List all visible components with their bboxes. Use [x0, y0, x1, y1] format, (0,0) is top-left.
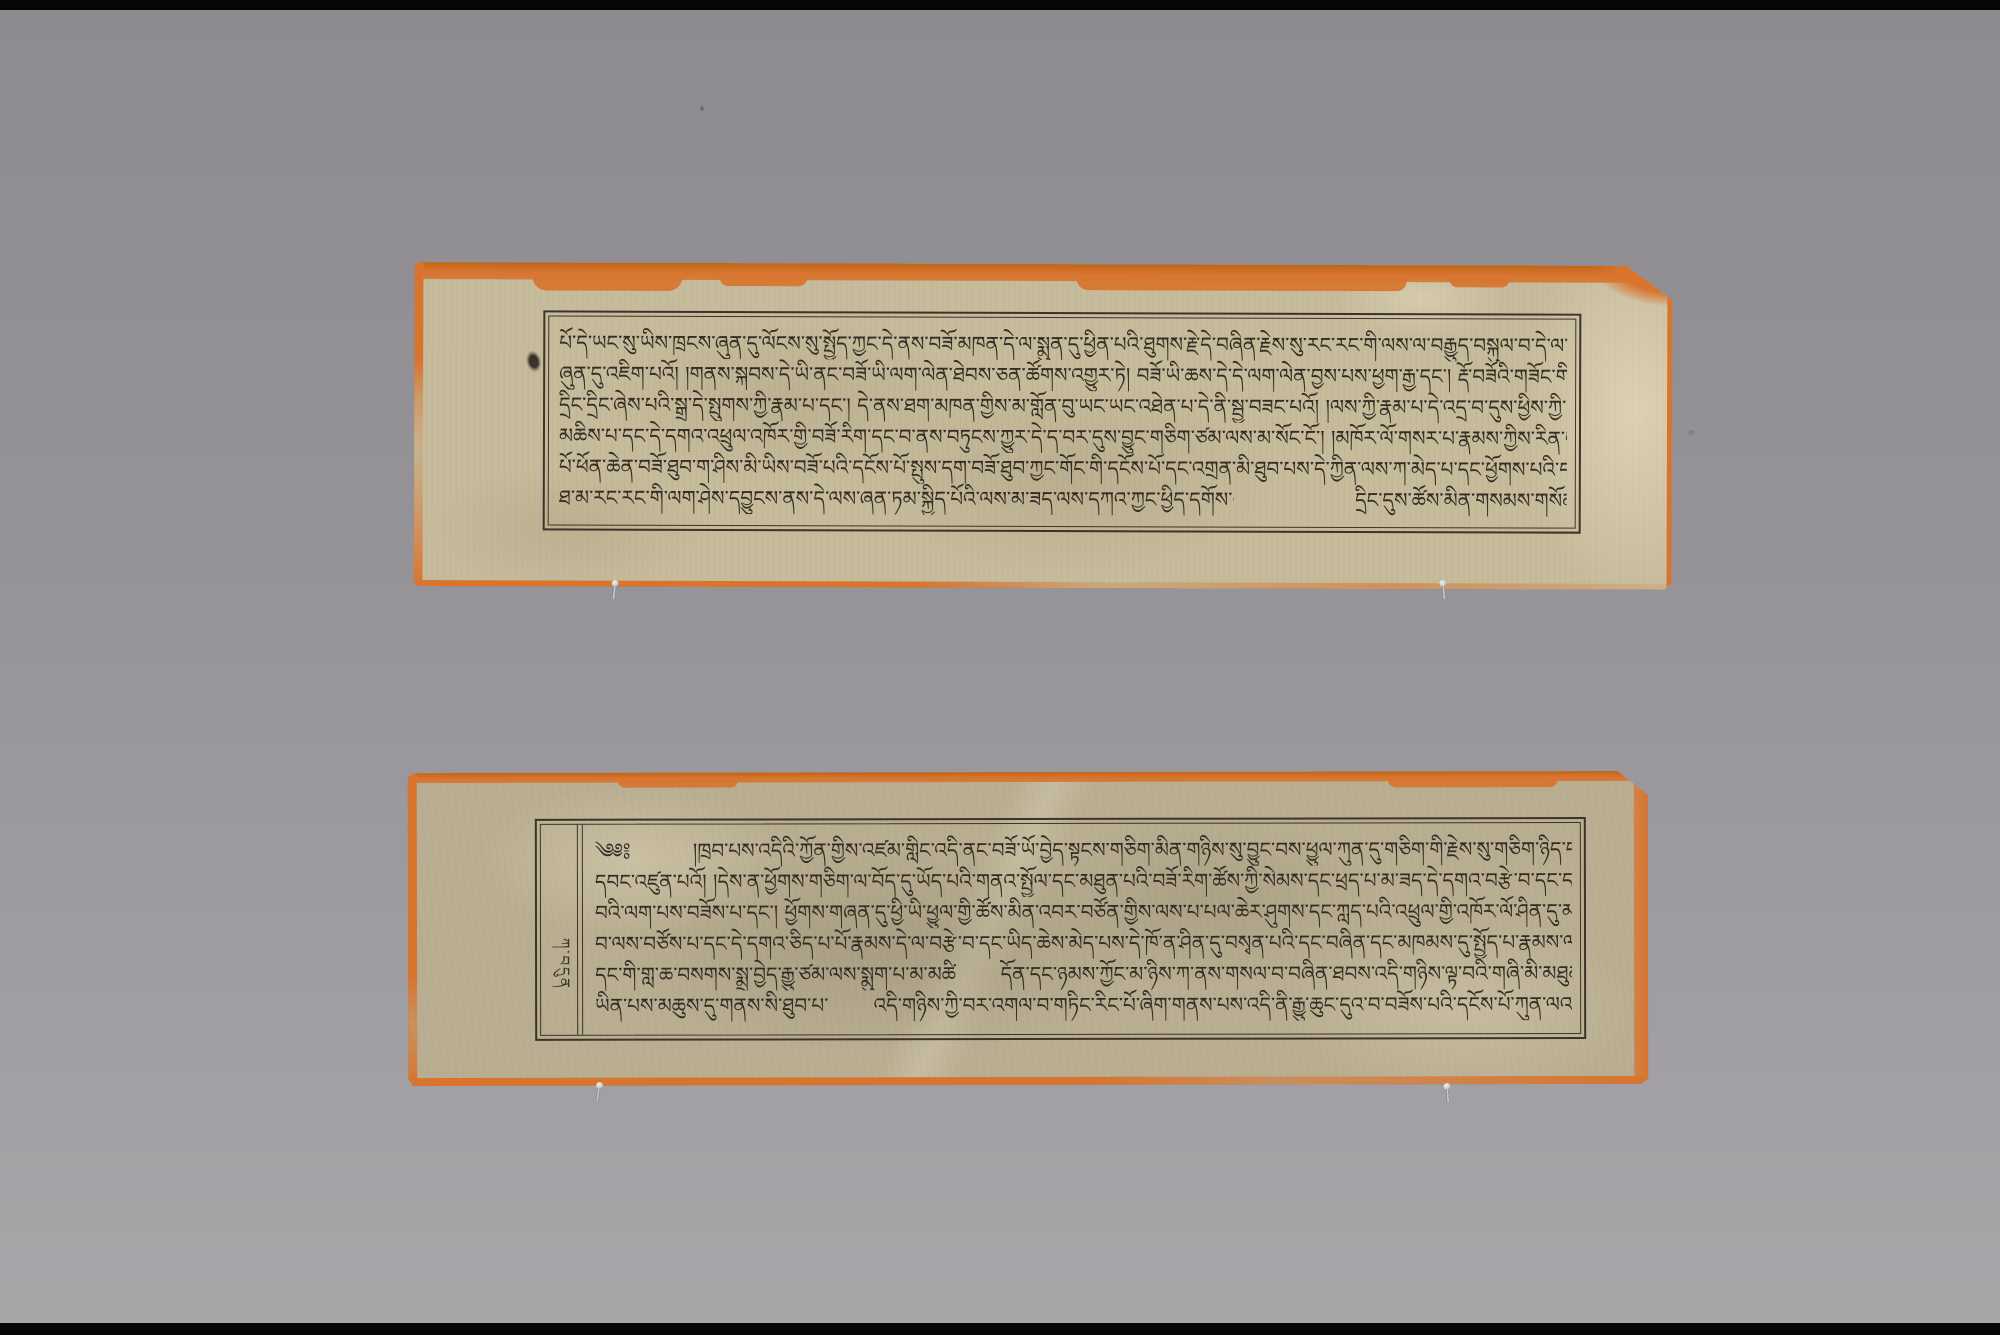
pin-head: [1439, 580, 1447, 588]
pin-head: [1443, 1083, 1450, 1090]
folio-margin-label: ཀ་བདུན: [538, 909, 580, 1019]
folio-text-block: ༄༅༔ །ཁྲབ་པས་འདིའི་ཀྱོན་གྱིས་འཛམ་གླིང་འདི…: [585, 823, 1580, 1035]
tibetan-text-segment: དབང་འཛུན་པའོ། །དེས་ན་ཕྱོགས་གཅིག་ལ་བོད་དུ…: [595, 865, 1572, 898]
tibetan-text-segment: །ཁྲབ་པས་འདིའི་ཀྱོན་གྱིས་འཛམ་གླིང་འདི་ནང་…: [693, 834, 1572, 867]
tibetan-text-segment: པོ་དེ་ཡང་སུ་ཡིས་ཁྲངས་ཞུན་དུ་ལོངས་སུ་སྤྱོ…: [559, 327, 1567, 361]
yig-mgo-head-mark: ༄༅༔: [595, 835, 649, 867]
orange-paint-drip: [719, 277, 807, 286]
orange-edge-right: [1666, 266, 1672, 590]
orange-edge-bottom: [413, 580, 1671, 590]
tibetan-text-segment: དྲིང་དྲིང་ཞེས་པའི་སྒྲ་དེ་སྤུགས་ཀྱི་རྣམ་པ…: [559, 389, 1567, 423]
tibetan-text-segment: དང་གི་གླ་ཆ་བསགས་སྨྲ་བྱེད་རྒྱུ་ཙམ་ལས་སྨུག…: [595, 959, 957, 991]
manuscript-leaf-upper: པོ་དེ་ཡང་སུ་ཡིས་ཁྲངས་ཞུན་དུ་ལོངས་སུ་སྤྱོ…: [413, 262, 1672, 590]
orange-edge-left: [413, 262, 423, 586]
wall-speck: [1688, 430, 1695, 435]
text-line: བ་ལས་བཙོས་པ་དང་དེ་དགའ་ཅིད་པ་པོ་རྣམས་དེ་ལ…: [595, 927, 1572, 960]
tibetan-text-segment: ཐ་མ་རང་རང་གི་ལག་ཤེས་དབྱུངས་ནས་དེ་ལས་ཞན་ཏ…: [559, 482, 1234, 516]
text-line: པོ་ཕོན་ཆེན་བཟོ་ཐུབ་ག་ཤིས་མི་ཡིས་བཟོ་པའི་…: [559, 451, 1567, 485]
mounting-pin: [1440, 580, 1447, 599]
orange-paint-drip: [1076, 278, 1406, 291]
mounting-pin: [611, 580, 618, 599]
letterbox-bar-top: [0, 0, 2000, 10]
mounting-pin: [1444, 1083, 1450, 1102]
orange-corner-patch: [1586, 266, 1672, 306]
mounting-pin: [594, 1082, 602, 1102]
text-line: དབང་འཛུན་པའོ། །དེས་ན་ཕྱོགས་གཅིག་ལ་བོད་དུ…: [595, 865, 1572, 898]
text-line: དྲིང་དྲིང་ཞེས་པའི་སྒྲ་དེ་སྤུགས་ཀྱི་རྣམ་པ…: [559, 389, 1567, 423]
text-frame-inner-rule: ཀ་བདུན ༄༅༔ །ཁྲབ་པས་འདིའི་ཀྱོན་གྱིས་འཛམ་ག…: [540, 822, 1581, 1036]
tibetan-text-segment: པོ་ཕོན་ཆེན་བཟོ་ཐུབ་ག་ཤིས་མི་ཡིས་བཟོ་པའི་…: [559, 451, 1567, 485]
text-line: ཡིན་པས་མཆུས་དུ་གནས་སི་ཐུབ་པ་དང་། འདི་གཉི…: [595, 989, 1572, 1022]
orange-edge-right: [1634, 771, 1649, 1084]
text-line: ༄༅༔ །ཁྲབ་པས་འདིའི་ཀྱོན་གྱིས་འཛམ་གླིང་འདི…: [595, 834, 1572, 867]
text-frame-inner-rule: པོ་དེ་ཡང་སུ་ཡིས་ཁྲངས་ཞུན་དུ་ལོངས་སུ་སྤྱོ…: [548, 315, 1577, 528]
letterbox-bar-bottom: [0, 1323, 2000, 1335]
orange-edge-bottom: [408, 1076, 1648, 1086]
tibetan-text-segment: ཞུན་དུ་འཇིག་པའོ། །གནས་སྐབས་དེ་ཡི་ནང་བཟོ་…: [559, 358, 1567, 392]
orange-paint-drip: [1449, 279, 1509, 287]
wall-speck: [700, 106, 704, 111]
ink-smudge: [524, 349, 544, 374]
tibetan-text-segment: ཡིན་པས་མཆུས་དུ་གནས་སི་ཐུབ་པ་དང་།: [595, 990, 830, 1022]
tibetan-text-segment: བ་ལས་བཙོས་པ་དང་དེ་དགའ་ཅིད་པ་པོ་རྣམས་དེ་ལ…: [595, 927, 1572, 960]
text-line: ཞུན་དུ་འཇིག་པའོ། །གནས་སྐབས་དེ་ཡི་ནང་བཟོ་…: [559, 358, 1567, 392]
text-line: དང་གི་གླ་ཆ་བསགས་སྨྲ་བྱེད་རྒྱུ་ཙམ་ལས་སྨུག…: [595, 958, 1572, 991]
text-line: པོ་དེ་ཡང་སུ་ཡིས་ཁྲངས་ཞུན་དུ་ལོངས་སུ་སྤྱོ…: [559, 327, 1567, 361]
tibetan-text-segment: འདི་གཉིས་ཀྱི་བར་འགལ་བ་གཏིང་རིང་པོ་ཞིག་གན…: [874, 989, 1573, 1022]
pin-head: [595, 1082, 603, 1090]
orange-paint-drip: [532, 276, 682, 290]
text-line: མཆིས་པ་དང་དེ་དགའ་འཕྲུལ་འཁོར་གྱི་བཟོ་རིག་…: [559, 420, 1567, 454]
tibetan-text-segment: དོན་དང་ཉམས་ཀྱོང་མ་ཉིས་ཀ་ནས་གསལ་བ་བཞིན་ཐབ…: [1001, 958, 1573, 991]
text-frame: པོ་དེ་ཡང་སུ་ཡིས་ཁྲངས་ཞུན་དུ་ལོངས་སུ་སྤྱོ…: [543, 310, 1582, 533]
photograph-of-manuscript-leaves: པོ་དེ་ཡང་སུ་ཡིས་ཁྲངས་ཞུན་དུ་ལོངས་སུ་སྤྱོ…: [0, 0, 2000, 1335]
text-frame: ཀ་བདུན ༄༅༔ །ཁྲབ་པས་འདིའི་ཀྱོན་གྱིས་འཛམ་ག…: [535, 817, 1586, 1041]
folio-text-block: པོ་དེ་ཡང་སུ་ཡིས་ཁྲངས་ཞུན་དུ་ལོངས་སུ་སྤྱོ…: [549, 316, 1576, 527]
manuscript-leaf-lower: ཀ་བདུན ༄༅༔ །ཁྲབ་པས་འདིའི་ཀྱོན་གྱིས་འཛམ་ག…: [408, 771, 1649, 1086]
orange-paint-drip: [618, 781, 738, 788]
tibetan-text-segment: དྲིང་དུས་ཚོས་མིན་གསམས་གསོན་གང་ལ་ཡང: [1355, 484, 1567, 516]
tibetan-text-segment: བའི་ལག་པས་བཟོས་པ་དང་། ཕྱོགས་གཞན་དུ་ཕྱི་ཡ…: [595, 896, 1572, 929]
text-line: ཐ་མ་རང་རང་གི་ལག་ཤེས་དབྱུངས་ནས་དེ་ལས་ཞན་ཏ…: [559, 482, 1567, 516]
orange-edge-left: [408, 773, 418, 1086]
tibetan-text-segment: མཆིས་པ་དང་དེ་དགའ་འཕྲུལ་འཁོར་གྱི་བཟོ་རིག་…: [559, 420, 1567, 454]
margin-column: ཀ་བདུན: [541, 825, 578, 1035]
text-line: བའི་ལག་པས་བཟོས་པ་དང་། ཕྱོགས་གཞན་དུ་ཕྱི་ཡ…: [595, 896, 1572, 929]
orange-paint-drip: [1388, 779, 1558, 787]
